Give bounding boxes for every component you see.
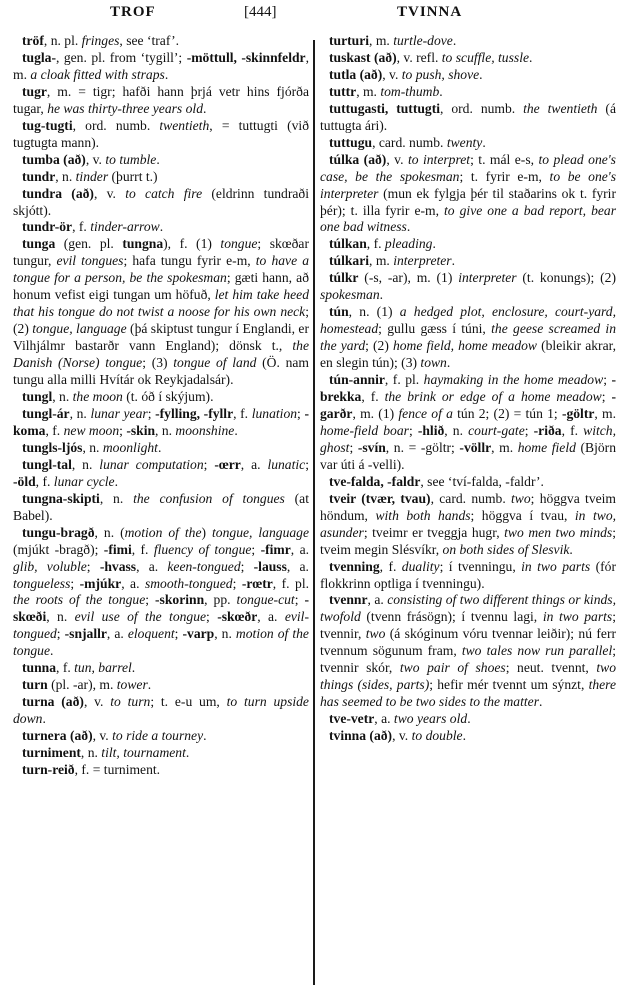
entry-text: .	[158, 440, 161, 455]
headword: tuttugu	[329, 135, 372, 150]
entry-text: , m.	[369, 33, 393, 48]
gloss: fringes	[82, 33, 120, 48]
dictionary-entry: tvennr, a. consisting of two different t…	[320, 592, 616, 711]
entry-text: , card. numb.	[431, 491, 511, 506]
entry-text: , v.	[386, 152, 408, 167]
gloss: with both hands	[375, 508, 470, 523]
gloss: lunar year	[90, 406, 147, 421]
headword: túlkr	[329, 270, 358, 285]
headword: tungl-ár	[22, 406, 70, 421]
dictionary-entry: turna (að), v. to turn; t. e-u um, to tu…	[13, 694, 309, 728]
entry-text: (mjúkt -bragð);	[13, 542, 104, 557]
dictionary-entry: tröf, n. pl. fringes, see ‘traf’.	[13, 33, 309, 50]
gloss: glib, voluble	[13, 559, 87, 574]
entry-text: , f.	[132, 542, 154, 557]
headword: -œrr	[214, 457, 240, 472]
dictionary-entry: túlkari, m. interpreter.	[320, 253, 616, 270]
gloss: interpreter	[458, 270, 516, 285]
dictionary-entry: turturi, m. turtle-dove.	[320, 33, 616, 50]
dictionary-entry: tunna, f. tun, barrel.	[13, 660, 309, 677]
headword: -möttull, -skinnfeldr	[187, 50, 306, 65]
headword: tungu-bragð	[22, 525, 95, 540]
headword: tvennr	[329, 592, 368, 607]
gloss: tongueless	[13, 576, 70, 591]
entry-text: (t. konungs); (2)	[517, 270, 616, 285]
entry-text: ; hefir mér tvennt um sýnzt,	[429, 677, 588, 692]
entry-text: , a.	[287, 559, 309, 574]
gloss: moonshine	[175, 423, 234, 438]
entry-text: ; neut. tvennt,	[506, 660, 597, 675]
entry-text: ;	[175, 626, 183, 641]
headword: túlkari	[329, 253, 369, 268]
entry-text: .	[160, 219, 163, 234]
gloss: on both sides of Slesvik	[443, 542, 570, 557]
gloss: two years old	[394, 711, 467, 726]
headword: -völlr	[459, 440, 491, 455]
page-number: [444]	[244, 4, 277, 21]
entry-text: , n. (1)	[349, 304, 400, 319]
entry-text: , m.	[369, 253, 393, 268]
gloss: duality	[402, 559, 440, 574]
headword: turna (að)	[22, 694, 84, 709]
gloss: turtle-dove	[393, 33, 453, 48]
headword: tve-vetr	[329, 711, 374, 726]
entry-text: ;	[70, 576, 79, 591]
column-divider	[313, 40, 315, 985]
gloss: lunar cycle	[54, 474, 115, 489]
headword: -mjúkr	[80, 576, 122, 591]
dictionary-entry: tve-falda, -faldr, see ‘tví-falda, -fald…	[320, 474, 616, 491]
entry-text: , n.	[82, 440, 102, 455]
gloss: two men two minds	[504, 525, 612, 540]
gloss: interpreter	[393, 253, 451, 268]
headword: tungna	[122, 236, 163, 251]
gloss: tongue-cut	[237, 592, 295, 607]
gloss: tun, barrel	[74, 660, 132, 675]
entry-text: ;	[204, 457, 215, 472]
entry-text: .	[115, 474, 118, 489]
entry-text: ; höggva í tvau,	[471, 508, 575, 523]
right-guideword: TVINNA	[397, 4, 462, 21]
entry-text: , n.	[46, 609, 74, 624]
dictionary-entry: tuttugu, card. numb. twenty.	[320, 135, 616, 152]
entry-text: , f.	[72, 219, 90, 234]
entry-text: )	[202, 525, 213, 540]
gloss: moonlight	[103, 440, 158, 455]
dictionary-entry: tungna-skipti, n. the confusion of tongu…	[13, 491, 309, 525]
entry-text: , n.	[155, 423, 175, 438]
gloss: to scuffle, tussle	[442, 50, 529, 65]
entry-text: , a.	[121, 576, 145, 591]
headword: tunga	[22, 236, 55, 251]
headword: -varp	[183, 626, 215, 641]
dictionary-entry: tunga (gen. pl. tungna), f. (1) tongue; …	[13, 236, 309, 389]
entry-text: ;	[251, 542, 260, 557]
entry-text: , card. numb.	[372, 135, 447, 150]
headword: tvenning	[329, 559, 380, 574]
entry-text: (t. óð í skýjum).	[123, 389, 214, 404]
dictionary-entry: tungl, n. the moon (t. óð í skýjum).	[13, 389, 309, 406]
dictionary-entry: turn (pl. -ar), m. tower.	[13, 677, 309, 694]
entry-text: , m. (1)	[352, 406, 398, 421]
headword: -rœtr	[242, 576, 273, 591]
entry-text: , f. pl.	[273, 576, 309, 591]
gloss: two pair of shoes	[400, 660, 506, 675]
entry-text: .	[453, 33, 456, 48]
dictionary-entry: tutla (að), v. to push, shove.	[320, 67, 616, 84]
dictionary-entry: tuttugasti, tuttugti, ord. numb. the twe…	[320, 101, 616, 135]
gloss: haymaking in the home meadow	[424, 372, 604, 387]
entry-text: .	[439, 84, 442, 99]
gloss: the brink or edge of a home meadow	[385, 389, 602, 404]
gloss: a cloak fitted with straps	[30, 67, 164, 82]
gloss: lunatic	[267, 457, 305, 472]
entry-text: .	[452, 253, 455, 268]
entry-text: ; (2)	[365, 338, 393, 353]
dictionary-entry: tuttr, m. tom-thumb.	[320, 84, 616, 101]
dictionary-entry: tundra (að), v. to catch fire (eldrinn t…	[13, 186, 309, 220]
headword: tugla-	[22, 50, 56, 65]
entry-text: , n.	[55, 169, 75, 184]
entry-text: , a.	[291, 542, 309, 557]
headword: -fimr	[261, 542, 291, 557]
dictionary-entry: tundr, n. tinder (þurrt t.)	[13, 169, 309, 186]
headword: tún	[329, 304, 349, 319]
entry-text: .	[539, 694, 542, 709]
dictionary-entry: tuskast (að), v. refl. to scuffle, tussl…	[320, 50, 616, 67]
gloss: keen-tongued	[167, 559, 240, 574]
entry-text: ;	[525, 423, 534, 438]
dictionary-entry: tugla-, gen. pl. from ‘tygill’; -möttull…	[13, 50, 309, 84]
headword: turturi	[329, 33, 369, 48]
gloss: the twentieth	[523, 101, 597, 116]
entry-text: .	[482, 135, 485, 150]
entry-text: , see ‘traf’.	[119, 33, 179, 48]
dictionary-entry: tungls-ljós, n. moonlight.	[13, 440, 309, 457]
entry-text: , v.	[93, 728, 113, 743]
headword: -riða	[534, 423, 562, 438]
dictionary-entry: túlkr (-s, -ar), m. (1) interpreter (t. …	[320, 270, 616, 304]
gloss: evil use of the tongue	[75, 609, 206, 624]
entry-text: tún 2; (2) = tún 1;	[453, 406, 562, 421]
entry-text: (gen. pl.	[55, 236, 122, 251]
entry-text: ;	[409, 423, 418, 438]
entry-text: , a.	[136, 559, 167, 574]
entry-text: ;	[602, 389, 612, 404]
entry-text: .	[463, 728, 466, 743]
entry-text: , m.	[356, 84, 380, 99]
headword: tröf	[22, 33, 44, 48]
entry-text: ; í tvenningu,	[440, 559, 522, 574]
headword: tveir (tvær, tvau)	[329, 491, 431, 506]
entry-text: , a.	[257, 609, 285, 624]
headword: -skœðr	[217, 609, 257, 624]
headword: -hvass	[100, 559, 136, 574]
entry-text: ;	[241, 559, 254, 574]
gloss: in two parts	[521, 559, 590, 574]
headword: -göltr	[562, 406, 594, 421]
entry-text: .	[407, 219, 410, 234]
gloss: two	[366, 626, 386, 641]
headword: turnera (að)	[22, 728, 93, 743]
entry-text: .	[479, 67, 482, 82]
headword: turn	[22, 677, 48, 692]
dictionary-entry: tundr-ör, f. tinder-arrow.	[13, 219, 309, 236]
entry-text: , a.	[368, 592, 388, 607]
gloss: to catch fire	[125, 186, 202, 201]
entry-text: , v. refl.	[397, 50, 442, 65]
entry-text: , f.	[36, 474, 54, 489]
entry-text: .	[447, 355, 450, 370]
entry-text: ;	[206, 609, 217, 624]
entry-text: , n.	[100, 491, 133, 506]
entry-text: ;	[305, 457, 309, 472]
gloss: pleading	[385, 236, 433, 251]
gloss: town	[420, 355, 446, 370]
headword: tumba (að)	[22, 152, 86, 167]
headword: turniment	[22, 745, 81, 760]
headword: tvinna (að)	[329, 728, 392, 743]
entry-text: , n.	[72, 457, 99, 472]
left-column: tröf, n. pl. fringes, see ‘traf’.tugla-,…	[13, 33, 309, 779]
headword: tve-falda, -faldr	[329, 474, 420, 489]
entry-text: .	[203, 728, 206, 743]
gloss: tinder	[76, 169, 108, 184]
entry-text: ;	[87, 559, 100, 574]
gloss: fence of a	[398, 406, 453, 421]
headword: -fylling, -fyllr	[155, 406, 233, 421]
right-column: turturi, m. turtle-dove.tuskast (að), v.…	[320, 33, 616, 745]
gloss: to interpret	[408, 152, 470, 167]
entry-text: ;	[295, 592, 305, 607]
gloss: twentieth	[159, 118, 209, 133]
headword: turn-reið	[22, 762, 75, 777]
gloss: two	[511, 491, 531, 506]
entry-text: ; t. mál e-s,	[470, 152, 538, 167]
entry-text: , v.	[94, 186, 125, 201]
dictionary-entry: tve-vetr, a. two years old.	[320, 711, 616, 728]
gloss: the confusion of tongues	[133, 491, 285, 506]
headword: tungl-tal	[22, 457, 72, 472]
dictionary-entry: tvenning, f. duality; í tvenningu, in tw…	[320, 559, 616, 593]
entry-text: , n.	[444, 423, 468, 438]
headword: -svín	[358, 440, 386, 455]
entry-text: , f.	[562, 423, 584, 438]
gloss: tower	[117, 677, 148, 692]
gloss: tongue, language	[212, 525, 309, 540]
dictionary-entry: tvinna (að), v. to double.	[320, 728, 616, 745]
entry-text: .	[529, 50, 532, 65]
gloss: new moon	[64, 423, 120, 438]
entry-text: .	[156, 152, 159, 167]
entry-text: , v.	[86, 152, 106, 167]
entry-text: .	[186, 745, 189, 760]
entry-text: , n.	[81, 745, 101, 760]
entry-text: , n. (	[95, 525, 125, 540]
page-header: TROF [444] TVINNA	[0, 4, 625, 26]
gloss: to tumble	[105, 152, 156, 167]
gloss: tongue of land	[173, 355, 256, 370]
entry-text: , f.	[380, 559, 402, 574]
headword: tuttr	[329, 84, 356, 99]
entry-text: , f. pl.	[385, 372, 424, 387]
headword: -skin	[126, 423, 155, 438]
entry-text: , n.	[214, 626, 236, 641]
headword: tungl	[22, 389, 52, 404]
entry-text: ;	[57, 626, 65, 641]
entry-text: ;	[148, 406, 155, 421]
gloss: home field, home meadow	[393, 338, 537, 353]
gloss: to double	[412, 728, 463, 743]
entry-text: (pl. -ar), m.	[48, 677, 117, 692]
entry-text: ;	[233, 576, 242, 591]
entry-text: (tvenn frásögn); í tvennu lagi,	[361, 609, 543, 624]
headword: -hlið	[418, 423, 444, 438]
dictionary-entry: tugr, m. = tigr; hafði hann þrjá vetr hi…	[13, 84, 309, 118]
headword: -fimi	[104, 542, 132, 557]
headword: tugr	[22, 84, 47, 99]
entry-text: , gen. pl. from ‘tygill’;	[56, 50, 187, 65]
headword: -lauss	[254, 559, 287, 574]
headword: tuskast (að)	[329, 50, 397, 65]
gloss: lunation	[252, 406, 297, 421]
headword: -snjallr	[65, 626, 107, 641]
dictionary-entry: tún-annir, f. pl. haymaking in the home …	[320, 372, 616, 474]
entry-text: .	[380, 287, 383, 302]
entry-text: ; tveimr er tveggja hugr,	[364, 525, 504, 540]
gloss: to ride a tourney	[112, 728, 203, 743]
gloss: smooth-tongued	[145, 576, 233, 591]
headword: túlka (að)	[329, 152, 386, 167]
gloss: tongue, language	[32, 321, 126, 336]
entry-text: , a.	[374, 711, 394, 726]
dictionary-entry: tungl-ár, n. lunar year; -fylling, -fyll…	[13, 406, 309, 440]
entry-text: , v.	[392, 728, 412, 743]
entry-text: , ord. numb.	[73, 118, 160, 133]
entry-text: , f.	[233, 406, 252, 421]
headword: tungna-skipti	[22, 491, 100, 506]
headword: tún-annir	[329, 372, 385, 387]
entry-text: ; gullu gæss í túni,	[378, 321, 491, 336]
entry-text: , n. = -göltr;	[386, 440, 460, 455]
entry-text: , f.	[56, 660, 74, 675]
dictionary-entry: túlkan, f. pleading.	[320, 236, 616, 253]
dictionary-entry: tug-tugti, ord. numb. twentieth, = tuttu…	[13, 118, 309, 152]
entry-text: .	[569, 542, 572, 557]
dictionary-entry: turn-reið, f. = turniment.	[13, 762, 309, 779]
gloss: the roots of the tongue	[13, 592, 145, 607]
gloss: the moon	[73, 389, 123, 404]
gloss: evil tongues	[56, 253, 123, 268]
headword: túlkan	[329, 236, 367, 251]
gloss: court-gate	[468, 423, 525, 438]
entry-text: , v.	[84, 694, 110, 709]
entry-text: .	[148, 677, 151, 692]
headword: -skorinn	[155, 592, 204, 607]
gloss: tinder-arrow	[90, 219, 159, 234]
headword: -öld	[13, 474, 36, 489]
gloss: to push, shove	[402, 67, 479, 82]
entry-text: , a.	[107, 626, 128, 641]
entry-text: , m.	[594, 406, 616, 421]
headword: tundr	[22, 169, 55, 184]
dictionary-entry: turnera (að), v. to ride a tourney.	[13, 728, 309, 745]
gloss: he was thirty-three years old	[47, 101, 203, 116]
entry-text: , f.	[367, 236, 385, 251]
gloss: tongue	[220, 236, 257, 251]
entry-text: , f.	[361, 389, 384, 404]
entry-text: .	[203, 101, 206, 116]
dictionary-entry: tungu-bragð, n. (motion of the) tongue, …	[13, 525, 309, 661]
dictionary-entry: túlka (að), v. to interpret; t. mál e-s,…	[320, 152, 616, 237]
entry-text: .	[165, 67, 168, 82]
gloss: in two parts	[543, 609, 612, 624]
headword: tundra (að)	[22, 186, 94, 201]
left-guideword: TROF	[110, 4, 156, 21]
gloss: home field	[518, 440, 576, 455]
entry-text: (-s, -ar), m. (1)	[358, 270, 458, 285]
entry-text: ; t. e-u um,	[150, 694, 226, 709]
entry-text: ; hafa tungu fyrir e-m,	[123, 253, 255, 268]
entry-text: ;	[145, 592, 155, 607]
entry-text: ;	[349, 440, 357, 455]
headword: tunna	[22, 660, 56, 675]
entry-text: , v.	[382, 67, 402, 82]
entry-text: .	[432, 236, 435, 251]
entry-text: , m.	[491, 440, 518, 455]
gloss: home-field boar	[320, 423, 409, 438]
entry-text: , a.	[241, 457, 268, 472]
entry-text: , f. = turniment.	[75, 762, 160, 777]
gloss: to turn	[110, 694, 150, 709]
entry-text: , n. pl.	[44, 33, 82, 48]
entry-text: .	[42, 711, 45, 726]
dictionary-entry: turniment, n. tilt, tournament.	[13, 745, 309, 762]
entry-text: , pp.	[204, 592, 236, 607]
gloss: twenty	[447, 135, 483, 150]
entry-text: .	[234, 423, 237, 438]
gloss: tom-thumb	[380, 84, 439, 99]
headword: tungls-ljós	[22, 440, 82, 455]
entry-text: ; (3)	[142, 355, 173, 370]
dictionary-entry: tveir (tvær, tvau), card. numb. two; hög…	[320, 491, 616, 559]
entry-text: , n.	[70, 406, 91, 421]
dictionary-entry: tumba (að), v. to tumble.	[13, 152, 309, 169]
gloss: two tales now run parallel	[462, 643, 612, 658]
gloss: tilt, tournament	[101, 745, 186, 760]
gloss: lunar computation	[99, 457, 203, 472]
entry-text: ), f. (1)	[163, 236, 220, 251]
dictionary-entry: tún, n. (1) a hedged plot, enclosure, co…	[320, 304, 616, 372]
gloss: spokesman	[320, 287, 380, 302]
headword: tundr-ör	[22, 219, 72, 234]
dictionary-entry: tungl-tal, n. lunar computation; -œrr, a…	[13, 457, 309, 491]
entry-text: ; t. fyrir e-m,	[459, 169, 549, 184]
entry-text: .	[50, 643, 53, 658]
headword: tutla (að)	[329, 67, 382, 82]
gloss: motion of the	[125, 525, 202, 540]
gloss: eloquent	[128, 626, 175, 641]
entry-text: , see ‘tví-falda, -faldr’.	[420, 474, 544, 489]
entry-text: .	[467, 711, 470, 726]
entry-text: , f.	[45, 423, 63, 438]
headword: tug-tugti	[22, 118, 73, 133]
entry-text: .	[132, 660, 135, 675]
gloss: fluency of tongue	[154, 542, 252, 557]
entry-text: , ord. numb.	[440, 101, 523, 116]
entry-text: , n.	[52, 389, 72, 404]
entry-text: (þurrt t.)	[108, 169, 157, 184]
